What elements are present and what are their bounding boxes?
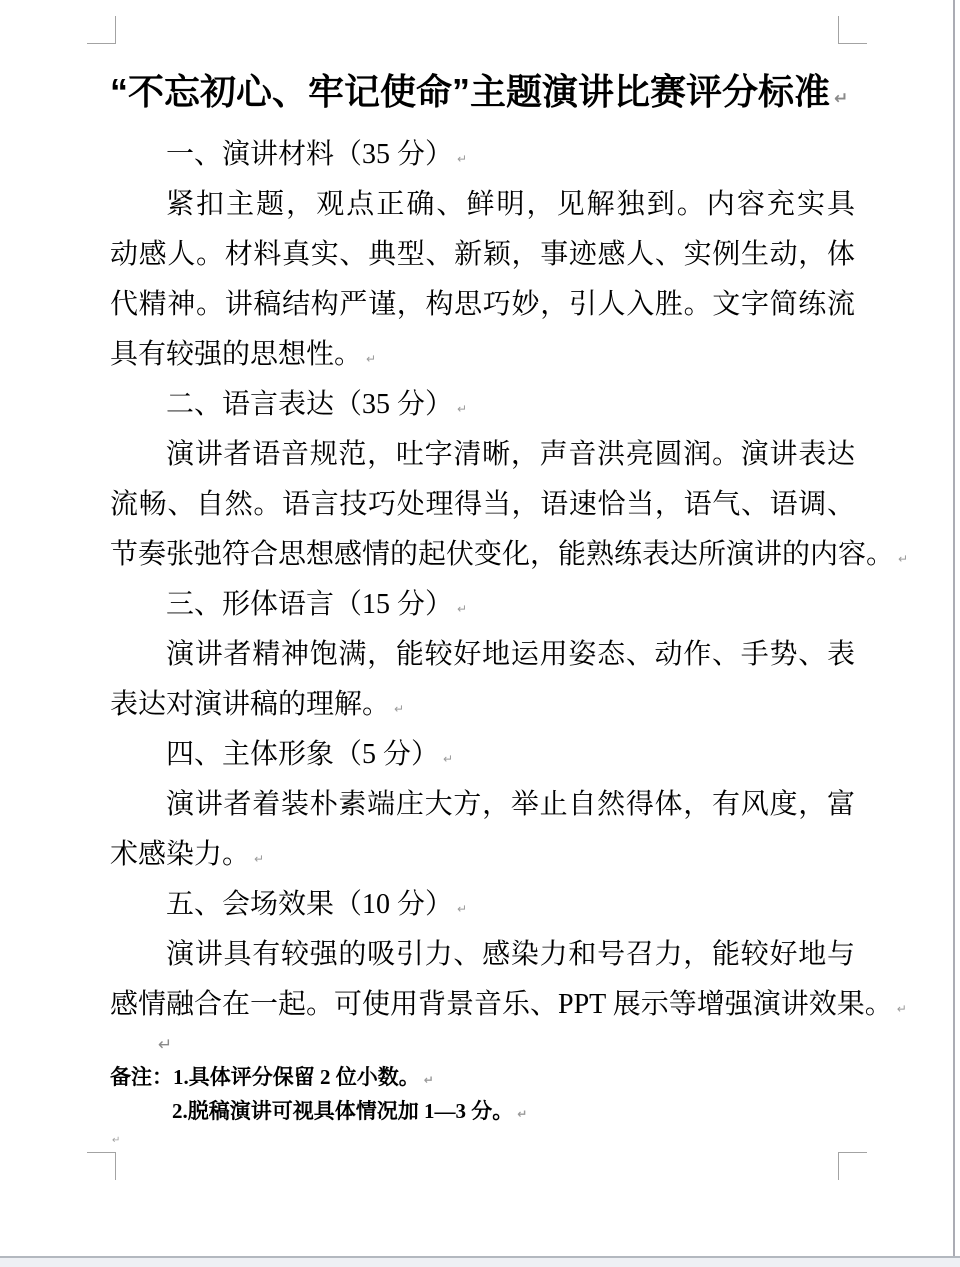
section-heading-5: 五、会场效果（10 分）↵ [110,880,855,930]
paragraph-line: 流畅、自然。语言技巧处理得当，语速恰当，语气、语调、音量、 [110,480,855,530]
paragraph-line-text: 感情融合在一起。可使用背景音乐、PPT 展示等增强演讲效果。 [110,989,893,1020]
paragraph-mark-icon: ↵ [893,1002,907,1016]
paragraph-mark-icon: ↵ [453,402,467,416]
paragraph-line: 紧扣主题，观点正确、鲜明，见解独到。内容充实具体，生 [110,180,855,230]
paragraph-mark-icon: ↵ [453,602,467,616]
paragraph-mark-icon: ↵ [439,752,453,766]
note-line-2: 2.脱稿演讲可视具体情况加 1—3 分。↵ [110,1094,855,1128]
section-heading-3-text: 三、形体语言（15 分） [166,589,453,620]
document-title-text: “不忘初心、牢记使命”主题演讲比赛评分标准 [110,71,830,112]
window-bottom-edge [0,1256,960,1267]
end-of-text-paragraph: ↵ [110,1128,855,1150]
paragraph-line-text: 节奏张弛符合思想感情的起伏变化，能熟练表达所演讲的内容。 [110,539,894,570]
section-heading-2-text: 二、语言表达（35 分） [166,389,453,420]
paragraph-line-text: 表达对演讲稿的理解。 [110,689,390,720]
paragraph-line: 演讲者着装朴素端庄大方，举止自然得体，有风度，富有艺 [110,780,855,830]
crop-mark-bottom-left [87,1152,116,1180]
paragraph-mark-icon: ↵ [830,89,848,109]
section-heading-3: 三、形体语言（15 分）↵ [110,580,855,630]
section-heading-2: 二、语言表达（35 分）↵ [110,380,855,430]
paragraph-line: 演讲者语音规范，吐字清晰，声音洪亮圆润。演讲表达准确、 [110,430,855,480]
paragraph-mark-icon: ↵ [513,1107,527,1121]
paragraph-line: 动感人。材料真实、典型、新颖，事迹感人、实例生动，体现时 [110,230,855,280]
section-heading-1: 一、演讲材料（35 分）↵ [110,130,855,180]
paragraph-mark-icon: ↵ [453,152,467,166]
note-line-1: 备注：1.具体评分保留 2 位小数。↵ [110,1060,855,1094]
paragraph-line: 表达对演讲稿的理解。↵ [110,680,855,730]
crop-mark-bottom-right [838,1152,867,1180]
paragraph-line: 节奏张弛符合思想感情的起伏变化，能熟练表达所演讲的内容。↵ [110,530,855,580]
paragraph-mark-icon: ↵ [420,1073,434,1087]
paragraph-mark-icon: ↵ [453,902,467,916]
note-line-2-text: 2.脱稿演讲可视具体情况加 1—3 分。 [172,1099,513,1123]
window-right-edge [953,0,955,1267]
paragraph-mark-icon: ↵ [154,1035,172,1055]
paragraph-mark-icon: ↵ [250,852,264,866]
empty-paragraph: ↵ [110,1030,855,1060]
paragraph-line-text: 具有较强的思想性。 [110,339,362,370]
document-text-area[interactable]: “不忘初心、牢记使命”主题演讲比赛评分标准↵ 一、演讲材料（35 分）↵ 紧扣主… [110,54,855,1150]
section-heading-4: 四、主体形象（5 分）↵ [110,730,855,780]
document-page: { "doc": { "title": "“不忘初心、牢记使命”主题演讲比赛评分… [0,0,960,1267]
section-heading-1-text: 一、演讲材料（35 分） [166,139,453,170]
paragraph-line: 演讲者精神饱满，能较好地运用姿态、动作、手势、表情， [110,630,855,680]
paragraph-line-text: 术感染力。 [110,839,250,870]
paragraph-mark-icon: ↵ [894,552,908,566]
crop-mark-top-right [838,16,867,44]
paragraph-line: 演讲具有较强的吸引力、感染力和号召力，能较好地与听众 [110,930,855,980]
paragraph-line: 感情融合在一起。可使用背景音乐、PPT 展示等增强演讲效果。↵ [110,980,855,1030]
paragraph-line: 具有较强的思想性。↵ [110,330,855,380]
note-line-1-text: 备注：1.具体评分保留 2 位小数。 [110,1065,420,1089]
paragraph-mark-icon: ↵ [390,702,404,716]
paragraph-line: 代精神。讲稿结构严谨，构思巧妙，引人入胜。文字简练流畅， [110,280,855,330]
paragraph-mark-icon: ↵ [112,1135,120,1146]
paragraph-mark-icon: ↵ [362,352,376,366]
paragraph-line: 术感染力。↵ [110,830,855,880]
section-heading-5-text: 五、会场效果（10 分） [166,889,453,920]
document-title: “不忘初心、牢记使命”主题演讲比赛评分标准↵ [110,54,855,130]
section-heading-4-text: 四、主体形象（5 分） [166,739,439,770]
crop-mark-top-left [87,16,116,44]
